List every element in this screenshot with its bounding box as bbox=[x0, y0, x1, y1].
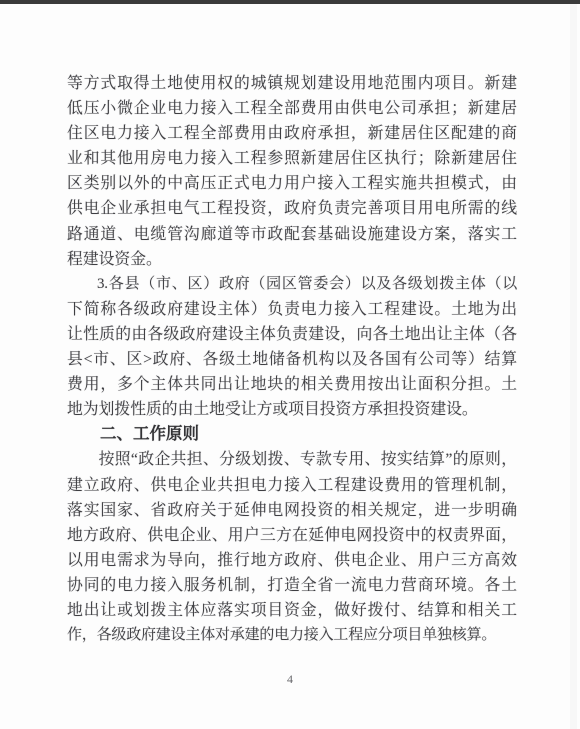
text-line: 落实国家、省政府关于延伸电网投资的相关规定，进一步明确 bbox=[67, 498, 517, 523]
text-line: 住区电力接入工程全部费用由政府承担，新建居住区配建的商 bbox=[67, 121, 517, 146]
text-line: 业和其他用房电力接入工程参照新建居住区执行；除新建居住 bbox=[67, 146, 517, 171]
text-line: 县<市、区>政府、各级土地储备机构以及各国有公司等）结算 bbox=[67, 347, 517, 372]
text-line: 路通道、电缆管沟廊道等市政配套基础设施建设方案，落实工 bbox=[67, 222, 517, 247]
text-line: 按照“政企共担、分级划拨、专款专用、按实结算”的原则， bbox=[67, 447, 517, 472]
text-line: 协同的电力接入服务机制，打造全省一流电力营商环境。各土 bbox=[67, 573, 517, 598]
document-body: 等方式取得土地使用权的城镇规划建设用地范围内项目。新建低压小微企业电力接入工程全… bbox=[67, 71, 517, 648]
text-line: 区类别以外的中高压正式电力用户接入工程实施共担模式，由 bbox=[67, 171, 517, 196]
scanned-document-page: 等方式取得土地使用权的城镇规划建设用地范围内项目。新建低压小微企业电力接入工程全… bbox=[0, 0, 580, 729]
text-line: 建立政府、供电企业共担电力接入工程建设费用的管理机制， bbox=[67, 473, 517, 498]
text-line: 作，各级政府建设主体对承建的电力接入工程应分项目单独核算。 bbox=[67, 623, 517, 648]
text-line: 费用，多个主体共同出让地块的相关费用按出让面积分担。土 bbox=[67, 372, 517, 397]
scan-edge-shade bbox=[570, 4, 577, 729]
text-line: 3.各县（市、区）政府（园区管委会）以及各级划拨主体（以 bbox=[67, 272, 517, 297]
text-line: 等方式取得土地使用权的城镇规划建设用地范围内项目。新建 bbox=[67, 71, 517, 96]
text-line: 下简称各级政府建设主体）负责电力接入工程建设。土地为出 bbox=[67, 297, 517, 322]
text-line: 供电企业承担电气工程投资，政府负责完善项目用电所需的线 bbox=[67, 196, 517, 221]
window-top-edge bbox=[0, 0, 580, 4]
text-line: 地为划拨性质的由土地受让方或项目投资方承担投资建设。 bbox=[67, 397, 517, 422]
text-line: 以用电需求为导向，推行地方政府、供电企业、用户三方高效 bbox=[67, 548, 517, 573]
text-line: 地方政府、供电企业、用户三方在延伸电网投资中的权责界面， bbox=[67, 523, 517, 548]
page-number: 4 bbox=[0, 672, 580, 687]
text-line: 程建设资金。 bbox=[67, 247, 517, 272]
text-line: 地出让或划拨主体应落实项目资金，做好拨付、结算和相关工 bbox=[67, 598, 517, 623]
section-heading: 二、工作原则 bbox=[67, 422, 517, 447]
text-line: 低压小微企业电力接入工程全部费用由供电公司承担；新建居 bbox=[67, 96, 517, 121]
text-line: 让性质的由各级政府建设主体负责建设，向各土地出让主体（各 bbox=[67, 322, 517, 347]
